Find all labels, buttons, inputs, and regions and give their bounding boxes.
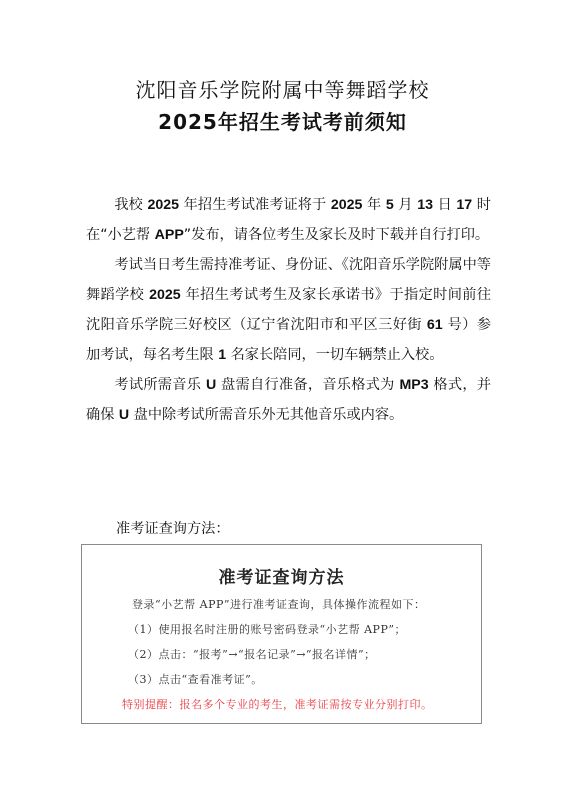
text-segment: ”发布，请各位考生及家长及时下载并自行打印。 xyxy=(184,227,489,243)
bold-text: 17 xyxy=(456,197,472,213)
text-segment: 年 xyxy=(362,197,385,213)
text-segment: 考试所需音乐 xyxy=(114,377,206,393)
bold-text: 5 xyxy=(386,197,394,213)
document-title: 沈阳音乐学院附属中等舞蹈学校 2025年招生考试考前须知 xyxy=(0,74,565,138)
paragraph-exam-day: 考试当日考生需持准考证、身份证、《沈阳音乐学院附属中等舞蹈学校 2025 年招生… xyxy=(86,250,491,370)
info-box-title: 准考证查询方法 xyxy=(82,563,481,588)
title-line-school: 沈阳音乐学院附属中等舞蹈学校 xyxy=(0,74,565,106)
bold-text: 2025 xyxy=(331,197,363,213)
bold-text: APP xyxy=(155,227,184,243)
info-box-query-method: 准考证查询方法 登录“小艺帮 APP”进行准考证查询，具体操作流程如下： （1）… xyxy=(81,544,482,724)
info-box-step-3: （3）点击“查看准考证”。 xyxy=(128,671,263,687)
text-segment: 日 xyxy=(433,197,456,213)
bold-text: 1 xyxy=(218,347,226,363)
info-box-step-1: （1）使用报名时注册的账号密码登录“小艺帮 APP”； xyxy=(128,621,406,637)
document-body: 我校 2025 年招生考试准考证将于 2025 年 5 月 13 日 17 时在… xyxy=(86,190,491,430)
info-box-warning: 特别提醒：报名多个专业的考生，准考证需按专业分别打印。 xyxy=(122,696,433,712)
text-segment: 盘中除考试所需音乐外无其他音乐或内容。 xyxy=(129,407,403,423)
bold-text: 2025 xyxy=(148,197,180,213)
bold-text: U xyxy=(119,407,129,423)
text-segment: 盘需自行准备，音乐格式为 xyxy=(216,377,399,393)
paragraph-admission-ticket: 我校 2025 年招生考试准考证将于 2025 年 5 月 13 日 17 时在… xyxy=(86,190,491,250)
bold-text: MP3 xyxy=(399,377,428,393)
text-segment: 我校 xyxy=(114,197,147,213)
text-segment: 名家长陪同，一切车辆禁止入校。 xyxy=(226,347,443,363)
info-box-step-2: （2）点击：“报考”→“报名记录”→“报名详情”； xyxy=(128,646,376,662)
title-line-notice: 2025年招生考试考前须知 xyxy=(0,106,565,138)
info-box-intro: 登录“小艺帮 APP”进行准考证查询，具体操作流程如下： xyxy=(132,596,426,612)
text-segment: 月 xyxy=(394,197,417,213)
bold-text: 2025 xyxy=(149,287,181,303)
bold-text: 13 xyxy=(417,197,433,213)
bold-text: 61 xyxy=(427,317,443,333)
paragraph-music-usb: 考试所需音乐 U 盘需自行准备，音乐格式为 MP3 格式，并确保 U 盘中除考试… xyxy=(86,370,491,430)
method-heading: 准考证查询方法： xyxy=(116,518,230,540)
text-segment: 年招生考试准考证将于 xyxy=(179,197,331,213)
bold-text: U xyxy=(206,377,216,393)
